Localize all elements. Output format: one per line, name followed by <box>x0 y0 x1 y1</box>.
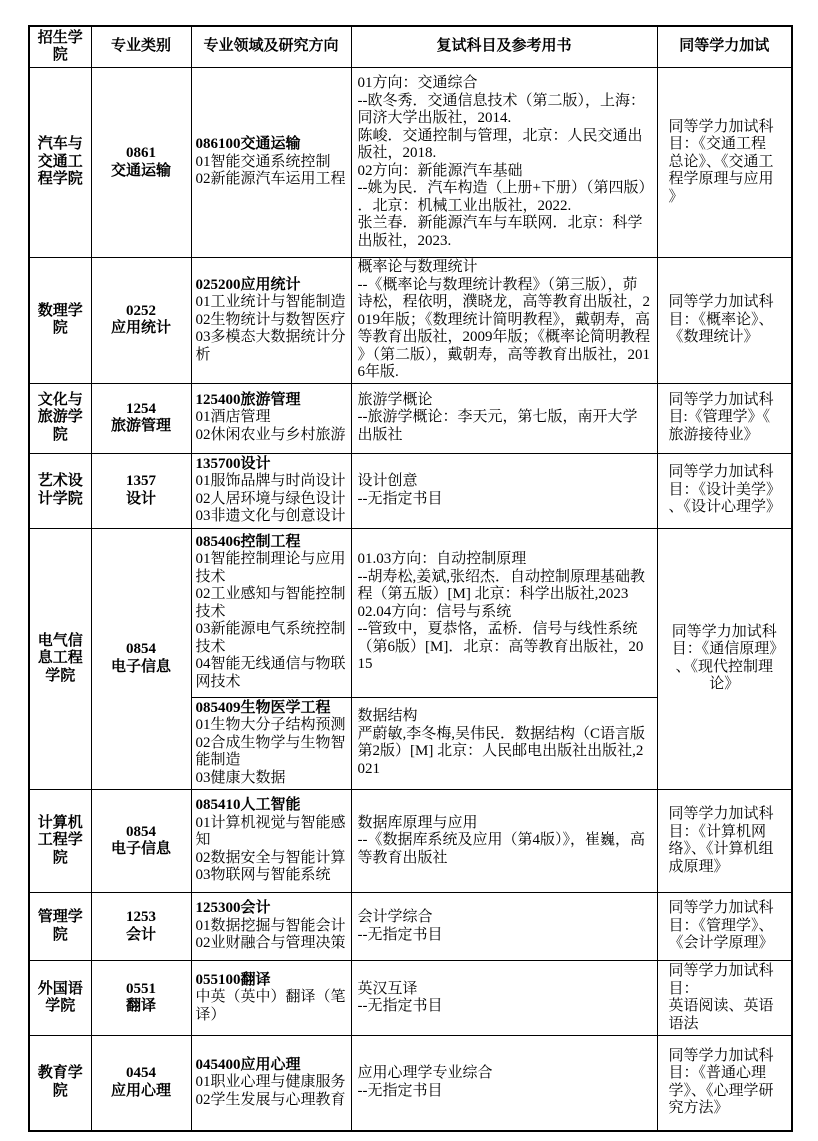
equivalency-text: 同等学力加试科目：《计算机网络》、《计算机组成原理》 <box>669 806 781 876</box>
header-cell-field: 专业领域及研究方向 <box>191 26 351 68</box>
retest-text: 数据结构 严蔚敏,李冬梅,吴伟民．数据结构（C语言版第2版）[M] 北京：人民邮… <box>358 708 651 778</box>
field-cell: 135700设计 01服饰品牌与时尚设计 02人居环境与绿色设计 03非遗文化与… <box>191 453 351 528</box>
college-cell: 数理学院 <box>29 258 91 384</box>
retest-cell: 01方向：交通综合 --欧冬秀．交通信息技术（第二版），上海：同济大学出版社，2… <box>351 68 657 258</box>
equivalency-cell: 同等学力加试科目:《管理学》《旅游接待业》 <box>657 383 792 453</box>
category-name: 翻译 <box>96 998 187 1016</box>
category-cell: 0551 翻译 <box>91 961 191 1036</box>
retest-cell: 应用心理学专业综合 --无指定书目 <box>351 1036 657 1131</box>
retest-text: 设计创意 --无指定书目 <box>358 473 651 508</box>
field-cell: 085410人工智能 01计算机视觉与智能感知 02数据安全与智能计算 03物联… <box>191 790 351 893</box>
retest-text: 数据库原理与应用 --《数据库系统及应用（第4版）》，崔巍，高等教育出版社 <box>358 815 651 868</box>
field-directions: 01智能交通系统控制 02新能源汽车运用工程 <box>196 154 347 189</box>
field-code-title: 135700设计 <box>196 456 347 474</box>
field-directions: 01计算机视觉与智能感知 02数据安全与智能计算 03物联网与智能系统 <box>196 815 347 885</box>
equivalency-cell: 同等学力加试科目：《普通心理学》、《心理学研究方法》 <box>657 1036 792 1131</box>
field-directions: 01酒店管理 02休闲农业与乡村旅游 <box>196 409 347 444</box>
retest-text: 旅游学概论 --旅游学概论：李天元，第七版，南开大学出版社 <box>358 392 651 445</box>
field-code-title: 025200应用统计 <box>196 277 347 295</box>
equivalency-cell: 同等学力加试科目：《设计美学》、《设计心理学》 <box>657 453 792 528</box>
college-cell: 艺术设计学院 <box>29 453 91 528</box>
category-code: 0854 <box>96 641 187 659</box>
category-cell: 1254 旅游管理 <box>91 383 191 453</box>
equivalency-cell: 同等学力加试科目：《管理学》、《会计学原理》 <box>657 893 792 961</box>
category-cell: 0861 交通运输 <box>91 68 191 258</box>
category-name: 应用心理 <box>96 1083 187 1101</box>
category-name: 应用统计 <box>96 320 187 338</box>
table-header-row: 招生学院 专业类别 专业领域及研究方向 复试科目及参考用书 同等学力加试 <box>29 26 792 68</box>
equivalency-cell: 同等学力加试科目：《概率论》、《数理统计》 <box>657 258 792 384</box>
header-cell-equivalency: 同等学力加试 <box>657 26 792 68</box>
field-code-title: 125300会计 <box>196 900 347 918</box>
field-directions: 01智能控制理论与应用技术 02工业感知与智能控制技术 03新能源电气系统控制技… <box>196 551 347 691</box>
field-directions: 01数据挖掘与智能会计 02业财融合与管理决策 <box>196 918 347 953</box>
college-cell: 教育学院 <box>29 1036 91 1131</box>
table-row-art-design: 艺术设计学院 1357 设计 135700设计 01服饰品牌与时尚设计 02人居… <box>29 453 792 528</box>
field-cell: 085406控制工程 01智能控制理论与应用技术 02工业感知与智能控制技术 0… <box>191 528 351 697</box>
category-code: 1254 <box>96 401 187 419</box>
field-directions: 01服饰品牌与时尚设计 02人居环境与绿色设计 03非遗文化与创意设计 <box>196 473 347 526</box>
field-cell: 125300会计 01数据挖掘与智能会计 02业财融合与管理决策 <box>191 893 351 961</box>
equivalency-text: 同等学力加试科目：《概率论》、《数理统计》 <box>669 294 781 347</box>
field-code-title: 125400旅游管理 <box>196 392 347 410</box>
table-row-math-science: 数理学院 0252 应用统计 025200应用统计 01工业统计与智能制造 02… <box>29 258 792 384</box>
category-code: 1357 <box>96 473 187 491</box>
college-cell: 电气信息工程学院 <box>29 528 91 790</box>
equivalency-cell: 同等学力加试科目：《交通工程总论》、《交通工程学原理与应用》 <box>657 68 792 258</box>
category-code: 0551 <box>96 981 187 999</box>
category-name: 设计 <box>96 491 187 509</box>
retest-cell: 概率论与数理统计 --《概率论与数理统计教程》（第三版），茆诗松，程依明，濮晓龙… <box>351 258 657 384</box>
retest-cell: 会计学综合 --无指定书目 <box>351 893 657 961</box>
header-cell-retest: 复试科目及参考用书 <box>351 26 657 68</box>
field-directions: 中英（英中）翻译（笔译） <box>196 989 347 1024</box>
field-cell: 025200应用统计 01工业统计与智能制造 02生物统计与数智医疗 03多模态… <box>191 258 351 384</box>
field-cell: 055100翻译 中英（英中）翻译（笔译） <box>191 961 351 1036</box>
category-cell: 0454 应用心理 <box>91 1036 191 1131</box>
table-row-computer-engineering: 计算机工程学院 0854 电子信息 085410人工智能 01计算机视觉与智能感… <box>29 790 792 893</box>
retest-cell: 设计创意 --无指定书目 <box>351 453 657 528</box>
retest-text: 会计学综合 --无指定书目 <box>358 909 651 944</box>
college-cell: 外国语学院 <box>29 961 91 1036</box>
college-cell: 汽车与交通工程学院 <box>29 68 91 258</box>
equivalency-text: 同等学力加试科目： 英语阅读、英语语法 <box>669 963 781 1033</box>
category-code: 0454 <box>96 1065 187 1083</box>
retest-cell: 数据结构 严蔚敏,李冬梅,吴伟民．数据结构（C语言版第2版）[M] 北京：人民邮… <box>351 697 657 790</box>
retest-cell: 英汉互译 --无指定书目 <box>351 961 657 1036</box>
field-code-title: 086100交通运输 <box>196 136 347 154</box>
field-cell: 085409生物医学工程 01生物大分子结构预测 02合成生物学与生物智能制造 … <box>191 697 351 790</box>
category-name: 旅游管理 <box>96 418 187 436</box>
table-row-management: 管理学院 1253 会计 125300会计 01数据挖掘与智能会计 02业财融合… <box>29 893 792 961</box>
retest-cell: 数据库原理与应用 --《数据库系统及应用（第4版）》，崔巍，高等教育出版社 <box>351 790 657 893</box>
college-cell: 计算机工程学院 <box>29 790 91 893</box>
category-cell: 0854 电子信息 <box>91 528 191 790</box>
category-code: 0854 <box>96 824 187 842</box>
category-cell: 1253 会计 <box>91 893 191 961</box>
field-code-title: 045400应用心理 <box>196 1057 347 1075</box>
table-row-electrical-info-1: 电气信息工程学院 0854 电子信息 085406控制工程 01智能控制理论与应… <box>29 528 792 697</box>
equivalency-cell: 同等学力加试科目： 英语阅读、英语语法 <box>657 961 792 1036</box>
retest-text: 英汉互译 --无指定书目 <box>358 981 651 1016</box>
equivalency-cell: 同等学力加试科目：《通信原理》、《现代控制理论》 <box>657 528 792 790</box>
equivalency-text: 同等学力加试科目：《管理学》、《会计学原理》 <box>669 900 781 953</box>
category-name: 电子信息 <box>96 659 187 677</box>
retest-text: 01方向：交通综合 --欧冬秀．交通信息技术（第二版），上海：同济大学出版社，2… <box>358 75 651 250</box>
header-cell-category: 专业类别 <box>91 26 191 68</box>
category-code: 0861 <box>96 145 187 163</box>
table-row-foreign-languages: 外国语学院 0551 翻译 055100翻译 中英（英中）翻译（笔译） 英汉互译… <box>29 961 792 1036</box>
equivalency-text: 同等学力加试科目：《设计美学》、《设计心理学》 <box>669 464 781 517</box>
category-cell: 0854 电子信息 <box>91 790 191 893</box>
equivalency-text: 同等学力加试科目：《通信原理》、《现代控制理论》 <box>669 624 781 694</box>
field-cell: 125400旅游管理 01酒店管理 02休闲农业与乡村旅游 <box>191 383 351 453</box>
retest-text: 概率论与数理统计 --《概率论与数理统计教程》（第三版），茆诗松，程依明，濮晓龙… <box>358 259 651 382</box>
header-cell-college: 招生学院 <box>29 26 91 68</box>
table-row-culture-tourism: 文化与旅游学院 1254 旅游管理 125400旅游管理 01酒店管理 02休闲… <box>29 383 792 453</box>
field-code-title: 085409生物医学工程 <box>196 700 347 718</box>
category-name: 电子信息 <box>96 841 187 859</box>
category-code: 1253 <box>96 909 187 927</box>
retest-cell: 旅游学概论 --旅游学概论：李天元，第七版，南开大学出版社 <box>351 383 657 453</box>
field-code-title: 085410人工智能 <box>196 797 347 815</box>
field-directions: 01生物大分子结构预测 02合成生物学与生物智能制造 03健康大数据 <box>196 717 347 787</box>
equivalency-text: 同等学力加试科目：《交通工程总论》、《交通工程学原理与应用》 <box>669 119 781 207</box>
admissions-retest-table: 招生学院 专业类别 专业领域及研究方向 复试科目及参考用书 同等学力加试 汽车与… <box>28 25 793 1132</box>
retest-cell: 01.03方向：自动控制原理 --胡寿松,姜斌,张绍杰．自动控制原理基础教程（第… <box>351 528 657 697</box>
category-cell: 1357 设计 <box>91 453 191 528</box>
category-name: 会计 <box>96 927 187 945</box>
category-code: 0252 <box>96 303 187 321</box>
field-directions: 01工业统计与智能制造 02生物统计与数智医疗 03多模态大数据统计分析 <box>196 294 347 364</box>
equivalency-cell: 同等学力加试科目：《计算机网络》、《计算机组成原理》 <box>657 790 792 893</box>
college-cell: 文化与旅游学院 <box>29 383 91 453</box>
category-name: 交通运输 <box>96 163 187 181</box>
college-cell: 管理学院 <box>29 893 91 961</box>
table-row-automotive: 汽车与交通工程学院 0861 交通运输 086100交通运输 01智能交通系统控… <box>29 68 792 258</box>
equivalency-text: 同等学力加试科目:《管理学》《旅游接待业》 <box>669 392 781 445</box>
field-code-title: 055100翻译 <box>196 972 347 990</box>
retest-text: 01.03方向：自动控制原理 --胡寿松,姜斌,张绍杰．自动控制原理基础教程（第… <box>358 551 651 674</box>
document-page: 招生学院 专业类别 专业领域及研究方向 复试科目及参考用书 同等学力加试 汽车与… <box>0 0 818 1141</box>
equivalency-text: 同等学力加试科目：《普通心理学》、《心理学研究方法》 <box>669 1048 781 1118</box>
field-directions: 01职业心理与健康服务 02学生发展与心理教育 <box>196 1074 347 1109</box>
field-code-title: 085406控制工程 <box>196 534 347 552</box>
field-cell: 086100交通运输 01智能交通系统控制 02新能源汽车运用工程 <box>191 68 351 258</box>
category-cell: 0252 应用统计 <box>91 258 191 384</box>
retest-text: 应用心理学专业综合 --无指定书目 <box>358 1065 651 1100</box>
field-cell: 045400应用心理 01职业心理与健康服务 02学生发展与心理教育 <box>191 1036 351 1131</box>
table-row-education: 教育学院 0454 应用心理 045400应用心理 01职业心理与健康服务 02… <box>29 1036 792 1131</box>
